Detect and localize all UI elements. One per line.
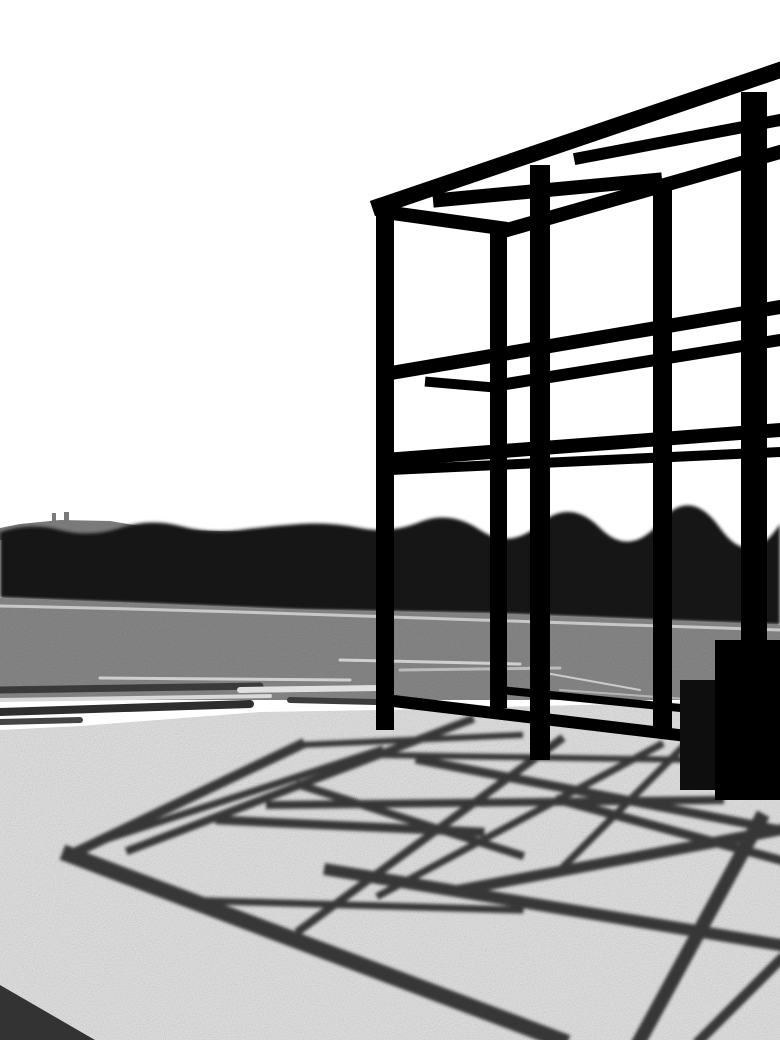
photo-scene	[0, 0, 780, 1040]
photograph: A black steel skeleton frame stands on a…	[0, 0, 780, 1040]
